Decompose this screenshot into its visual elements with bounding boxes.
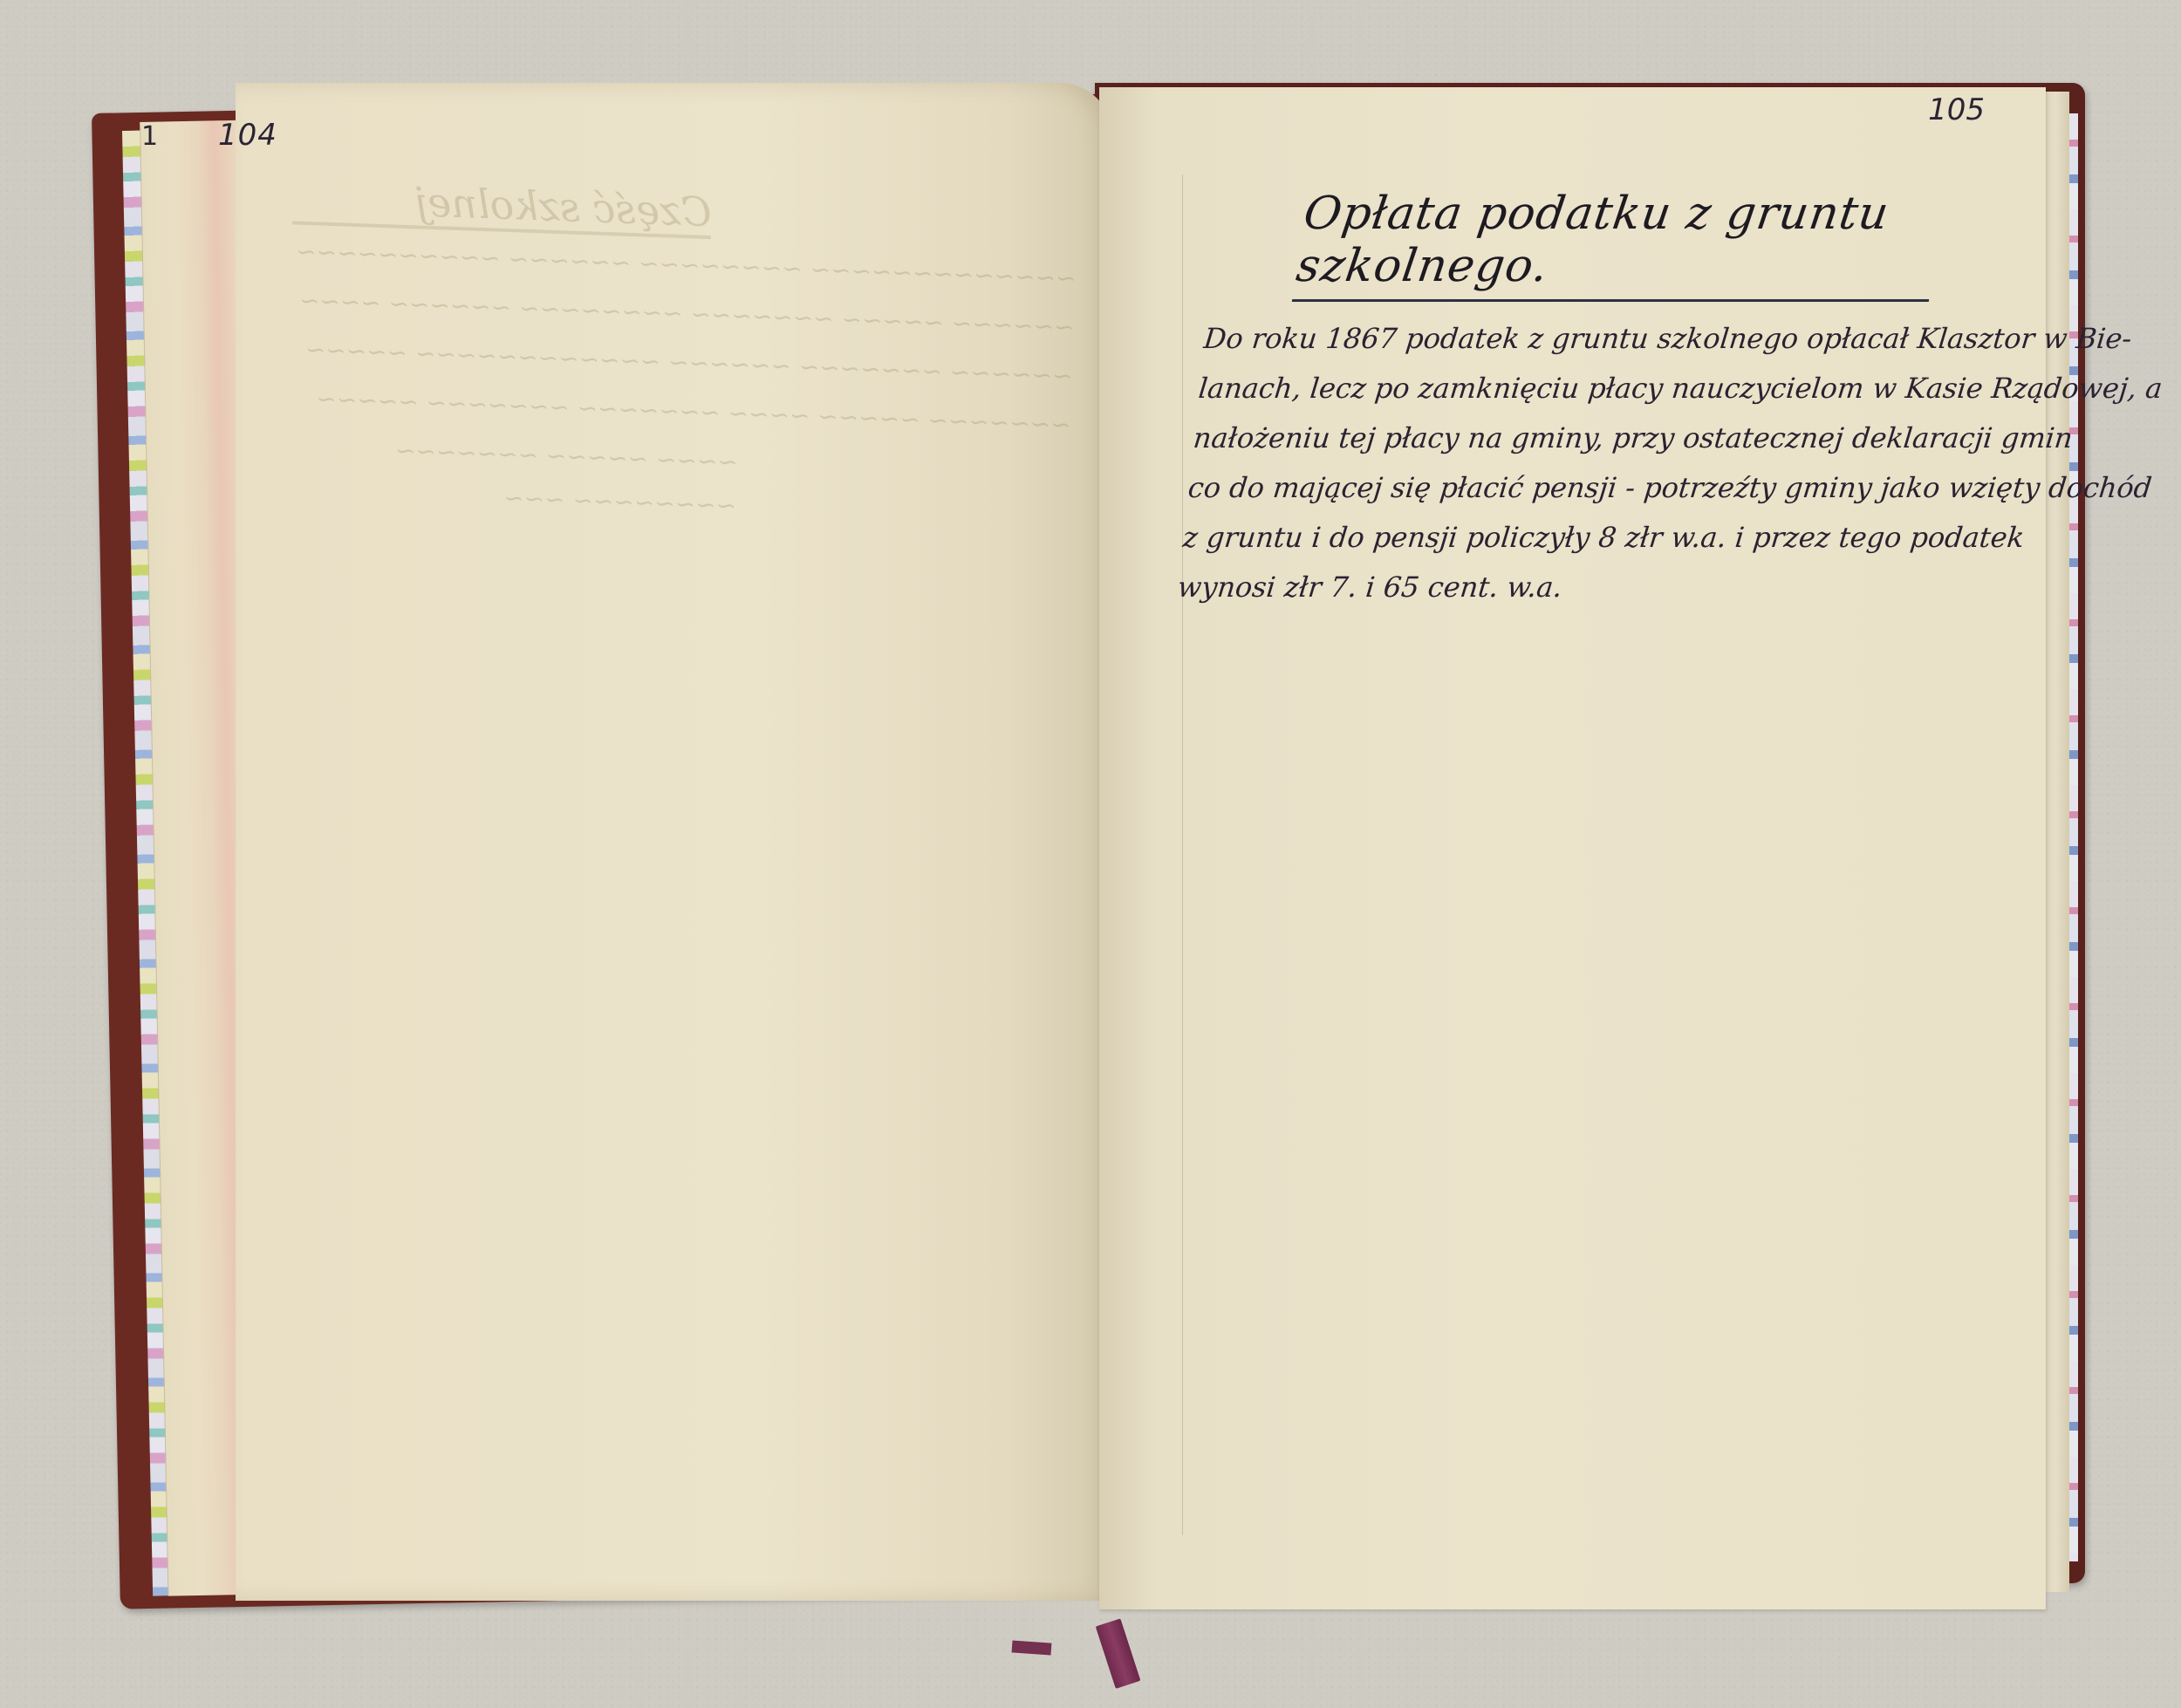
text-line: nałożeniu tej płacy na gminy, przy ostat… (1191, 413, 1999, 463)
handwritten-paragraph: Do roku 1867 podatek z gruntu szkolnego … (1175, 314, 2009, 612)
page-number-right: 105 (1928, 92, 1985, 127)
bookmark-ribbon-end (1012, 1640, 1052, 1655)
margin-rule (1182, 174, 1183, 1535)
bleed-through-text: Część szkolnej ~~~~~~~~~~~~~ ~~~~~~~~ ~~… (283, 174, 1079, 539)
text-line: z gruntu i do pensji policzyły 8 złr w.a… (1180, 513, 1988, 563)
text-line: wynosi złr 7. i 65 cent. w.a. (1175, 563, 1983, 612)
left-page: 1 104 Część szkolnej ~~~~~~~~~~~~~ ~~~~~… (236, 83, 1112, 1601)
right-page: 105 Opłata podatku z gruntu szkolnego. D… (1099, 87, 2046, 1609)
page-mark: 1 (141, 121, 158, 152)
text-line: Do roku 1867 podatek z gruntu szkolnego … (1201, 314, 2009, 364)
page-heading: Opłata podatku z gruntu szkolnego. (1292, 188, 1945, 302)
text-line: co do mającej się płacić pensji - potrze… (1186, 463, 1993, 513)
bookmark-ribbon (1096, 1618, 1141, 1689)
text-line: lanach, lecz po zamknięciu płacy nauczyc… (1196, 364, 2004, 413)
page-number-left: 104 (218, 118, 277, 153)
